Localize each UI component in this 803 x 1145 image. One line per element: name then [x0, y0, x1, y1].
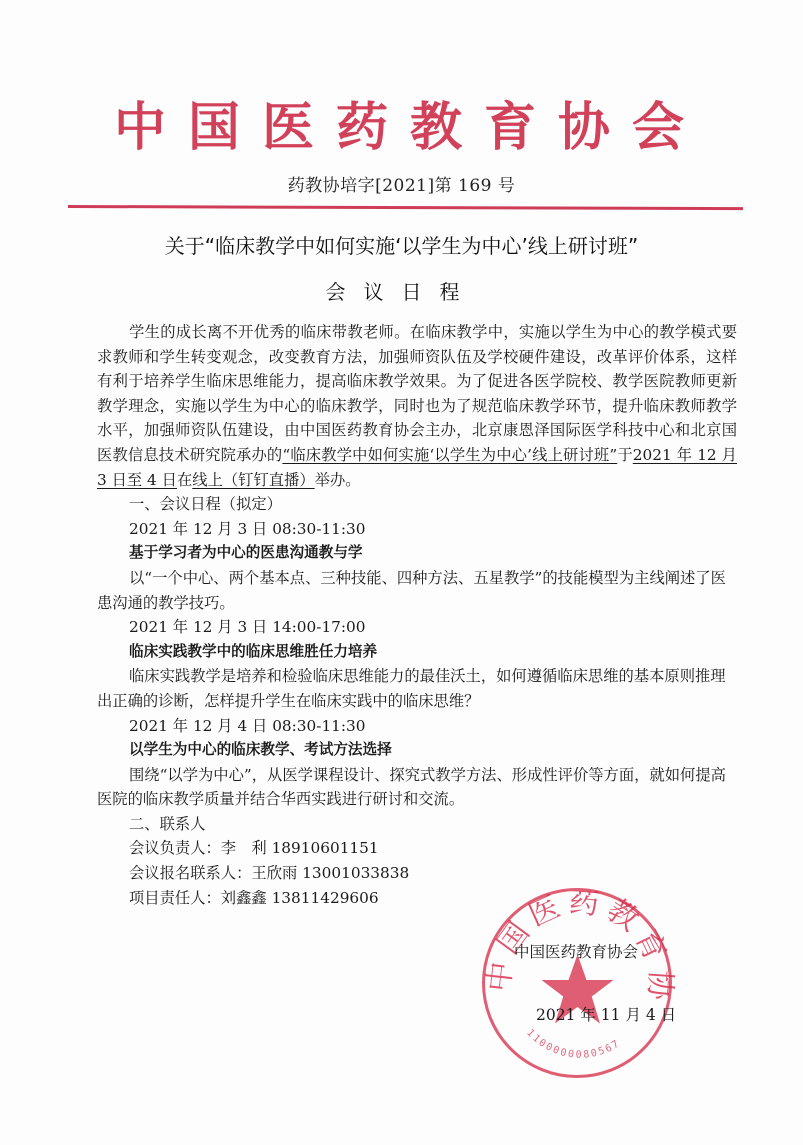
document-number: 药教协培字[2021]第 169 号	[0, 171, 803, 196]
section-title-contacts: 二、联系人	[97, 812, 737, 837]
signature-date: 2021 年 11 月 4 日	[536, 1003, 676, 1025]
contact-role: 会议负责人：	[129, 839, 221, 857]
session-description: 临床实践教学是培养和检验临床思维能力的最佳沃土，如何遵循临床思维的基本原则推理出…	[97, 664, 737, 713]
session-time: 2021 年 12 月 3 日 14:00-17:00	[97, 615, 737, 640]
document-page: 中国医药教育协会 药教协培字[2021]第 169 号 关于“临床教学中如何实施…	[0, 0, 803, 1145]
document-subject: 关于“临床教学中如何实施‘以学生为中心’线上研讨班”	[0, 230, 803, 259]
contact-name: 刘鑫鑫	[221, 889, 267, 907]
official-seal: 中国医药教育协会 1100000080567	[482, 888, 672, 1078]
contact-name: 李 利	[221, 839, 267, 857]
document-body: 学生的成长离不开优秀的临床带教老师。在临床教学中，实施以学生为中心的教学模式要求…	[97, 320, 737, 910]
section-title-schedule: 一、会议日程（拟定）	[97, 492, 737, 517]
intro-text: 学生的成长离不开优秀的临床带教老师。在临床教学中，实施以学生为中心的教学模式要求…	[97, 323, 737, 464]
contact-phone: 18910601151	[272, 839, 379, 857]
intro-conj: 于	[617, 446, 633, 464]
intro-ending: 举办。	[315, 471, 361, 489]
session-description: 围绕“以学为中心”，从医学课程设计、探究式教学方法、形成性评价等方面，就如何提高…	[97, 763, 737, 812]
session-time: 2021 年 12 月 3 日 08:30-11:30	[97, 517, 737, 542]
contact-name: 王欣雨	[251, 864, 297, 882]
session-topic: 以学生为中心的临床教学、考试方法选择	[97, 738, 737, 763]
intro-paragraph: 学生的成长离不开优秀的临床带教老师。在临床教学中，实施以学生为中心的教学模式要求…	[97, 320, 737, 492]
contact-row: 会议报名联系人：王欣雨 13001033838	[97, 861, 737, 886]
org-letterhead-title: 中国医药教育协会	[110, 98, 710, 158]
event-name: “临床教学中如何实施‘以学生为中心’线上研讨班”	[282, 446, 617, 464]
contact-role: 会议报名联系人：	[129, 864, 251, 882]
contact-row: 会议负责人：李 利 18910601151	[97, 836, 737, 861]
session-time: 2021 年 12 月 4 日 08:30-11:30	[97, 714, 737, 739]
session-topic: 临床实践教学中的临床思维胜任力培养	[97, 640, 737, 665]
session-description: 以“一个中心、两个基本点、三种技能、四种方法、五星教学”的技能模型为主线阐述了医…	[97, 566, 737, 615]
contact-role: 项目责任人：	[129, 889, 221, 907]
letterhead-divider	[68, 205, 743, 210]
contact-phone: 13001033838	[302, 864, 409, 882]
session-topic: 基于学习者为中心的医患沟通教与学	[97, 541, 737, 566]
event-venue: 线上（钉钉直播）	[192, 471, 314, 489]
svg-text:1100000080567: 1100000080567	[524, 1027, 623, 1060]
contact-phone: 13811429606	[272, 889, 379, 907]
intro-conj: 在	[177, 471, 192, 489]
signature-org: 中国医药教育协会	[514, 940, 638, 962]
document-heading: 会议日程	[0, 276, 803, 305]
